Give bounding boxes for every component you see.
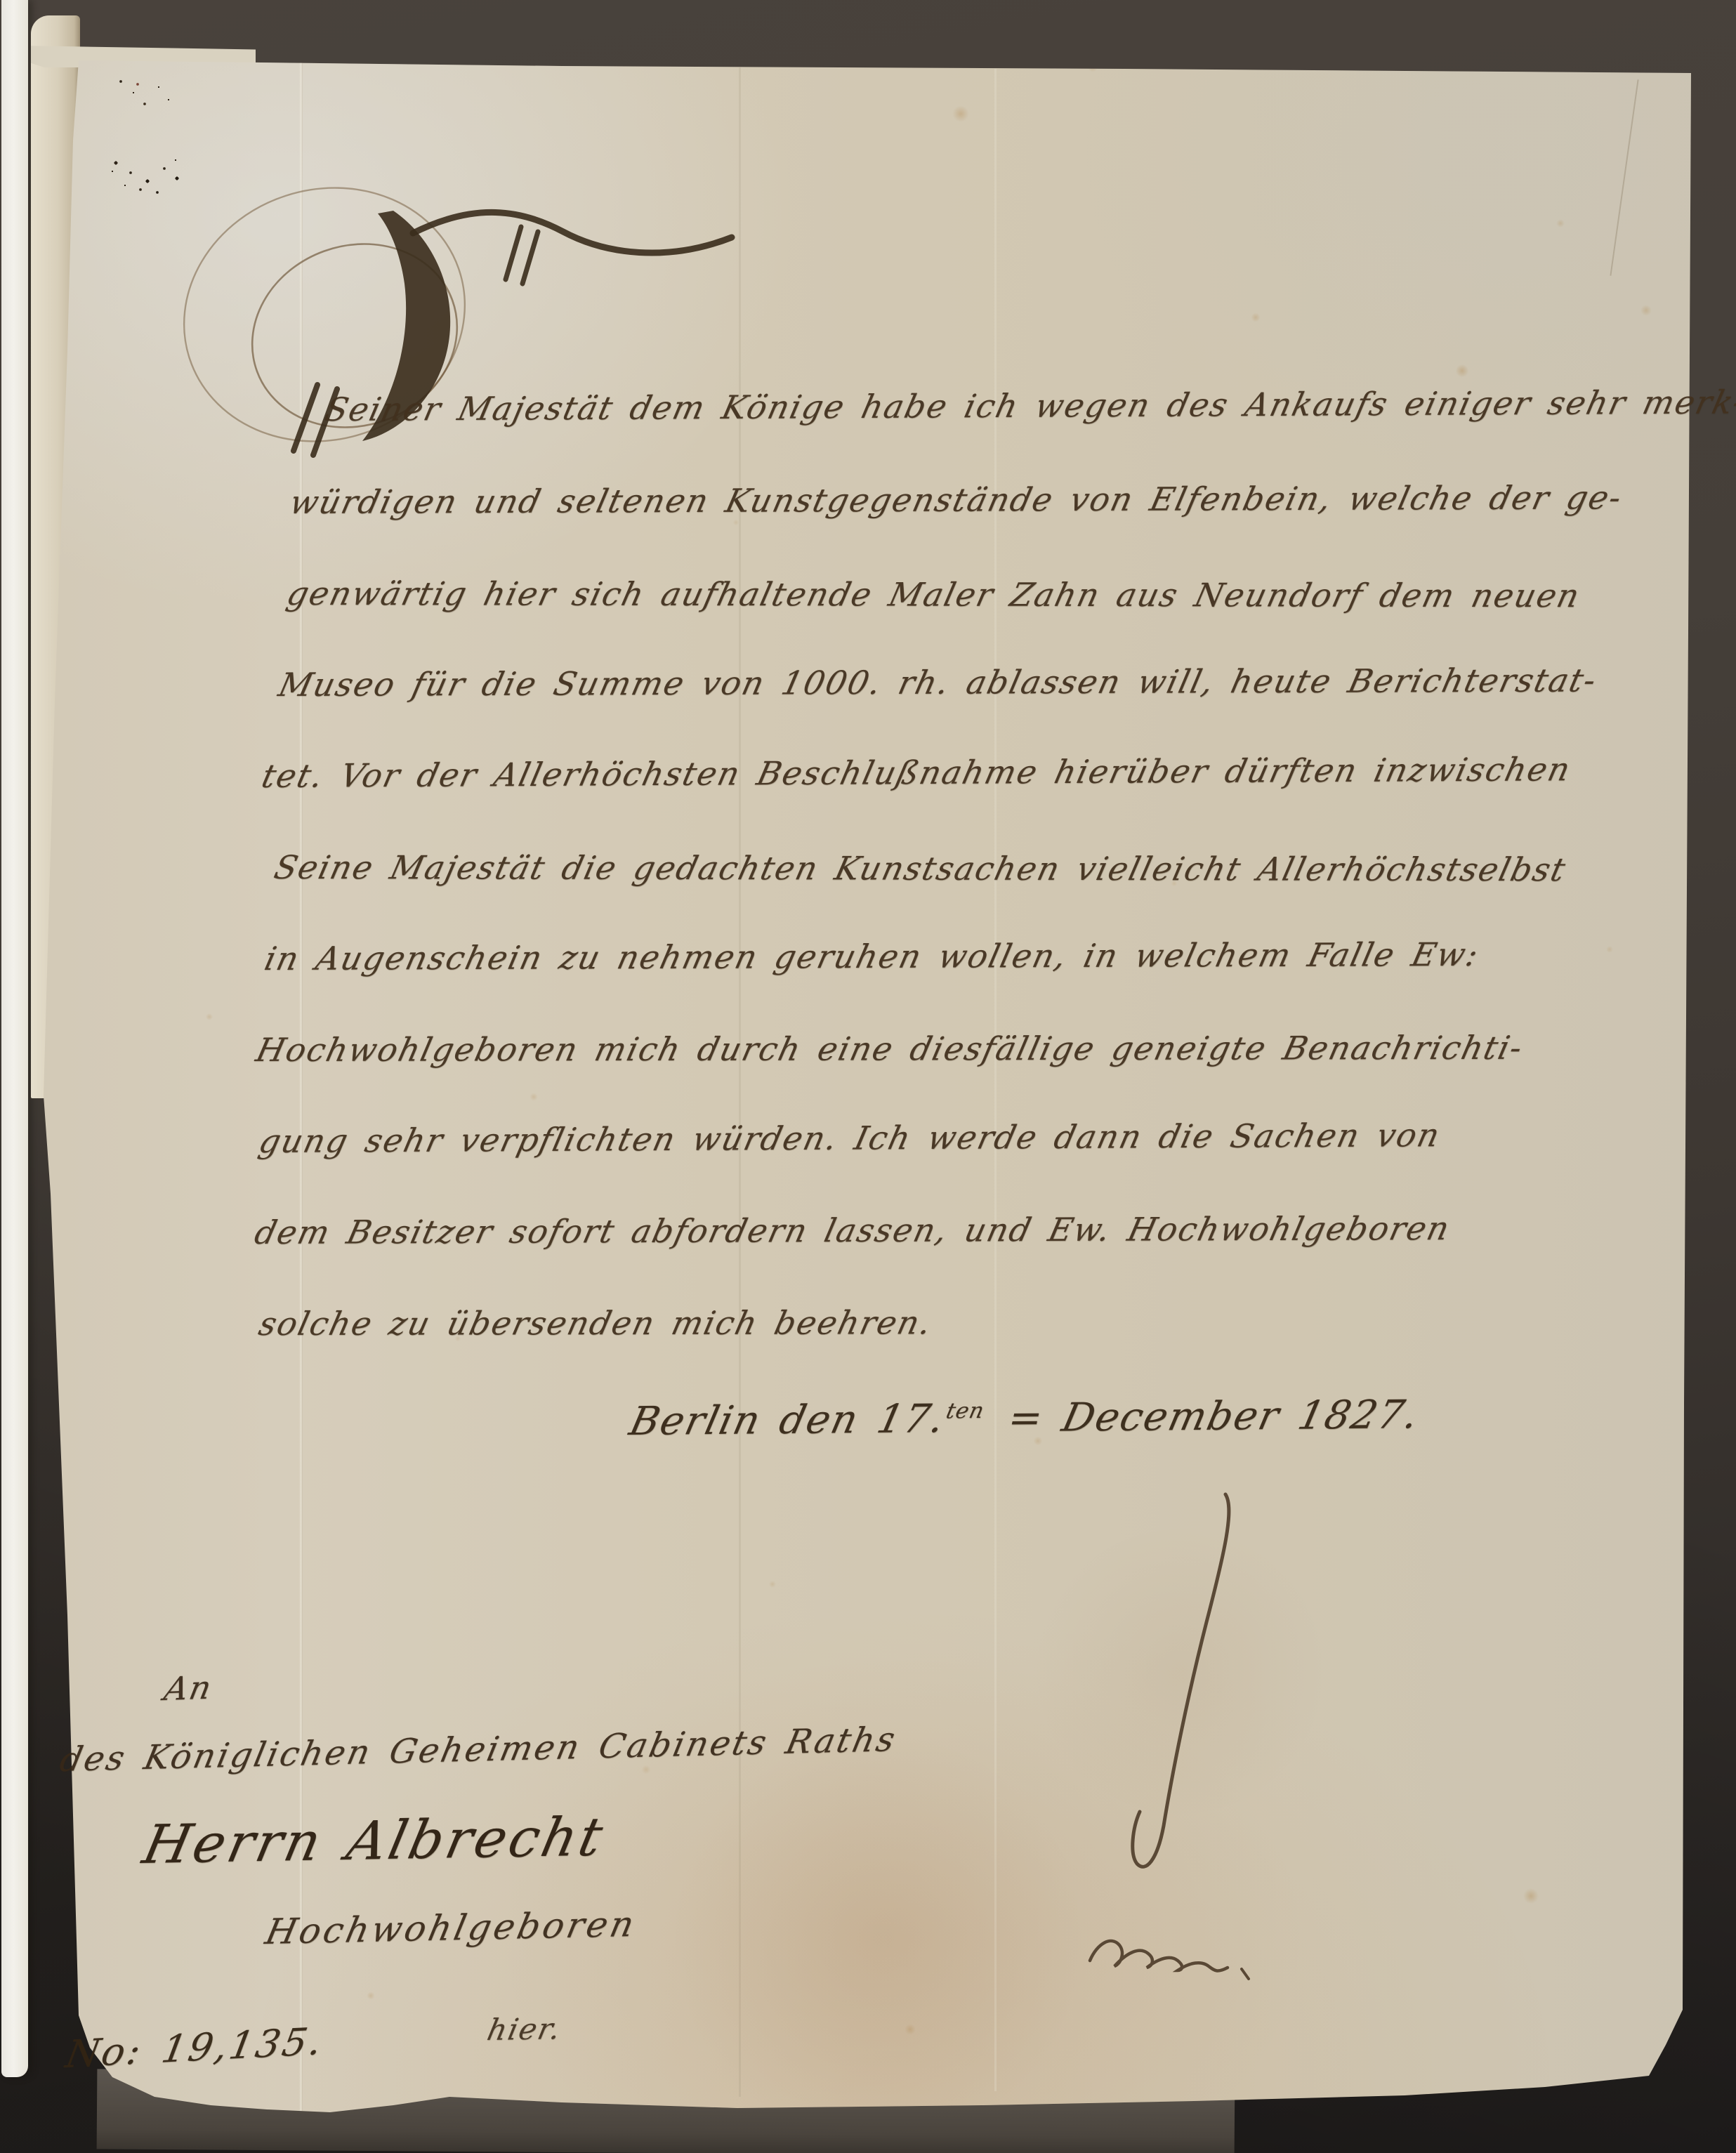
body-line: Seine Majestät die gedachten Kunstsachen… [270,848,1570,888]
address-salutation: An [161,1668,216,1708]
body-line: in Augenschein zu nehmen geruhen wollen,… [261,935,1483,977]
body-line: solche zu übersenden mich beehren. [256,1303,936,1343]
body-line: tet. Vor der Allerhöchsten Beschlußnahme… [258,750,1575,795]
dateline: Berlin den 17.ten = December 1827. [626,1392,1424,1444]
dateline-place-day: Berlin den 17. [626,1396,950,1444]
dateline-month-year: = December 1827. [1004,1392,1424,1441]
body-line: genwärtig hier sich aufhaltende Maler Za… [283,574,1584,614]
address-name-line: Herrn Albrecht [138,1805,611,1876]
body-line: Seiner Majestät dem Könige habe ich wege… [322,383,1736,428]
address-place: hier. [485,2011,565,2047]
body-line: Museo für die Summe von 1000. rh. ablass… [275,661,1601,704]
address-honorific: Hochwohlgeboren [262,1904,640,1952]
dateline-ordinal-suffix: ten [944,1398,987,1423]
body-line: würdigen und seltenen Kunstgegenstände v… [287,478,1626,521]
body-line: dem Besitzer sofort abfordern lassen, un… [251,1209,1454,1251]
adjacent-page-edge [1,0,28,2077]
letter-scan: Seiner Majestät dem Könige habe ich wege… [0,0,1736,2153]
body-line: gung sehr verpflichten würden. Ich werde… [256,1116,1445,1160]
body-line: Hochwohlgeboren mich durch eine diesfäll… [253,1029,1527,1069]
